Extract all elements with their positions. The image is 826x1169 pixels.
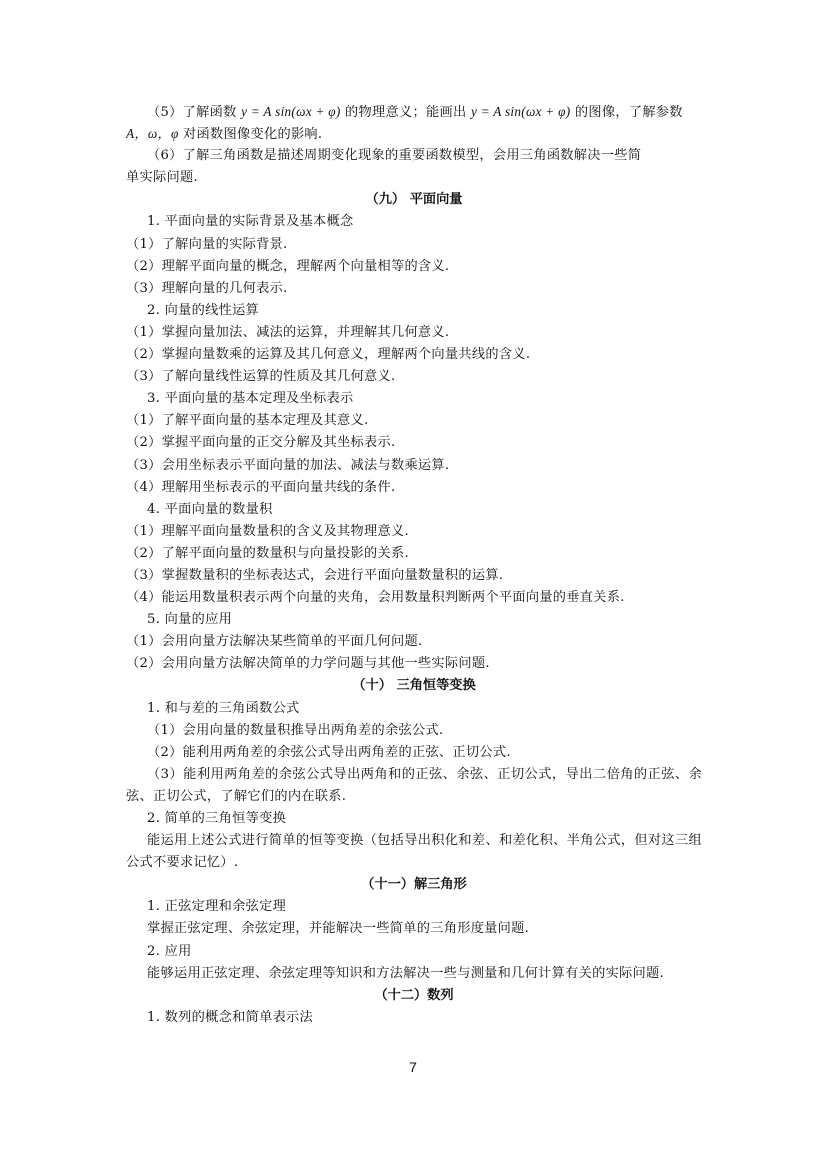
section-heading-vectors: （九） 平面向量 bbox=[126, 189, 702, 211]
list-item: （2）了解平面向量的数量积与向量投影的关系. bbox=[126, 543, 702, 565]
item-5-line-2: A，ω，φ 对函数图像变化的影响. bbox=[126, 123, 702, 145]
topic-title: 4. 平面向量的数量积 bbox=[126, 499, 702, 521]
topic-title: 2. 简单的三角恒等变换 bbox=[126, 808, 702, 830]
section-heading-solving-triangles: （十一）解三角形 bbox=[126, 874, 702, 896]
list-item: （2）能利用两角差的余弦公式导出两角差的正弦、正切公式. bbox=[126, 742, 702, 764]
topic-title: 1. 数列的概念和简单表示法 bbox=[126, 1007, 702, 1029]
item-5-mid: 的物理意义；能画出 bbox=[341, 105, 471, 120]
list-item: （2）会用向量方法解决简单的力学问题与其他一些实际问题. bbox=[126, 653, 702, 675]
list-item: （1）会用向量的数量积推导出两角差的余弦公式. bbox=[126, 720, 702, 742]
formula-sine-2: y = A sin(ωx + φ) bbox=[471, 104, 570, 119]
topic-title: 3. 平面向量的基本定理及坐标表示 bbox=[126, 388, 702, 410]
document-page: （5）了解函数 y = A sin(ωx + φ) 的物理意义；能画出 y = … bbox=[126, 101, 702, 1029]
topic-title: 5. 向量的应用 bbox=[126, 609, 702, 631]
list-item: （4）能运用数量积表示两个向量的夹角，会用数量积判断两个平面向量的垂直关系. bbox=[126, 587, 702, 609]
formula-sine-1: y = A sin(ωx + φ) bbox=[241, 104, 340, 119]
item-5-prefix: （5）了解函数 bbox=[147, 105, 241, 120]
topic-paragraph: 掌握正弦定理、余弦定理，并能解决一些简单的三角形度量问题. bbox=[126, 918, 702, 940]
topic-title: 1. 正弦定理和余弦定理 bbox=[126, 896, 702, 918]
list-item: （3）了解向量线性运算的性质及其几何意义. bbox=[126, 366, 702, 388]
topic-title: 1. 和与差的三角函数公式 bbox=[126, 698, 702, 720]
topic-title: 2. 应用 bbox=[126, 941, 702, 963]
list-item: （1）了解向量的实际背景. bbox=[126, 234, 702, 256]
parameters: A，ω，φ bbox=[126, 126, 179, 141]
list-item: （1）了解平面向量的基本定理及其意义. bbox=[126, 410, 702, 432]
item-6-line-1: （6）了解三角函数是描述周期变化现象的重要函数模型，会用三角函数解决一些简 bbox=[126, 145, 702, 167]
topic-paragraph: 能运用上述公式进行简单的恒等变换（包括导出积化和差、和差化积、半角公式，但对这三… bbox=[126, 830, 702, 874]
list-item: （3）掌握数量积的坐标表达式，会进行平面向量数量积的运算. bbox=[126, 565, 702, 587]
section-heading-sequences: （十二）数列 bbox=[126, 985, 702, 1007]
list-item-paragraph: （3）能利用两角差的余弦公式导出两角和的正弦、余弦、正切公式，导出二倍角的正弦、… bbox=[126, 764, 702, 808]
item-5-line-1: （5）了解函数 y = A sin(ωx + φ) 的物理意义；能画出 y = … bbox=[126, 101, 702, 123]
list-item: （1）会用向量方法解决某些简单的平面几何问题. bbox=[126, 631, 702, 653]
list-item: （2）掌握平面向量的正交分解及其坐标表示. bbox=[126, 432, 702, 454]
list-item: （2）理解平面向量的概念，理解两个向量相等的含义. bbox=[126, 256, 702, 278]
list-item: （4）理解用坐标表示的平面向量共线的条件. bbox=[126, 477, 702, 499]
item-6-line-2: 单实际问题. bbox=[126, 167, 702, 189]
list-item: （3）会用坐标表示平面向量的加法、减法与数乘运算. bbox=[126, 455, 702, 477]
list-item: （2）掌握向量数乘的运算及其几何意义，理解两个向量共线的含义. bbox=[126, 344, 702, 366]
page-number: 7 bbox=[0, 1059, 826, 1075]
list-item: （1）掌握向量加法、减法的运算，并理解其几何意义. bbox=[126, 322, 702, 344]
topic-paragraph: 能够运用正弦定理、余弦定理等知识和方法解决一些与测量和几何计算有关的实际问题. bbox=[126, 963, 702, 985]
item-5-cont-text: 对函数图像变化的影响. bbox=[179, 127, 323, 142]
list-item: （1）理解平面向量数量积的含义及其物理意义. bbox=[126, 521, 702, 543]
topic-title: 2. 向量的线性运算 bbox=[126, 300, 702, 322]
item-5-suffix: 的图像，了解参数 bbox=[570, 105, 682, 120]
section-heading-trig-identities: （十） 三角恒等变换 bbox=[126, 675, 702, 697]
topic-title: 1. 平面向量的实际背景及基本概念 bbox=[126, 211, 702, 233]
list-item: （3）理解向量的几何表示. bbox=[126, 278, 702, 300]
